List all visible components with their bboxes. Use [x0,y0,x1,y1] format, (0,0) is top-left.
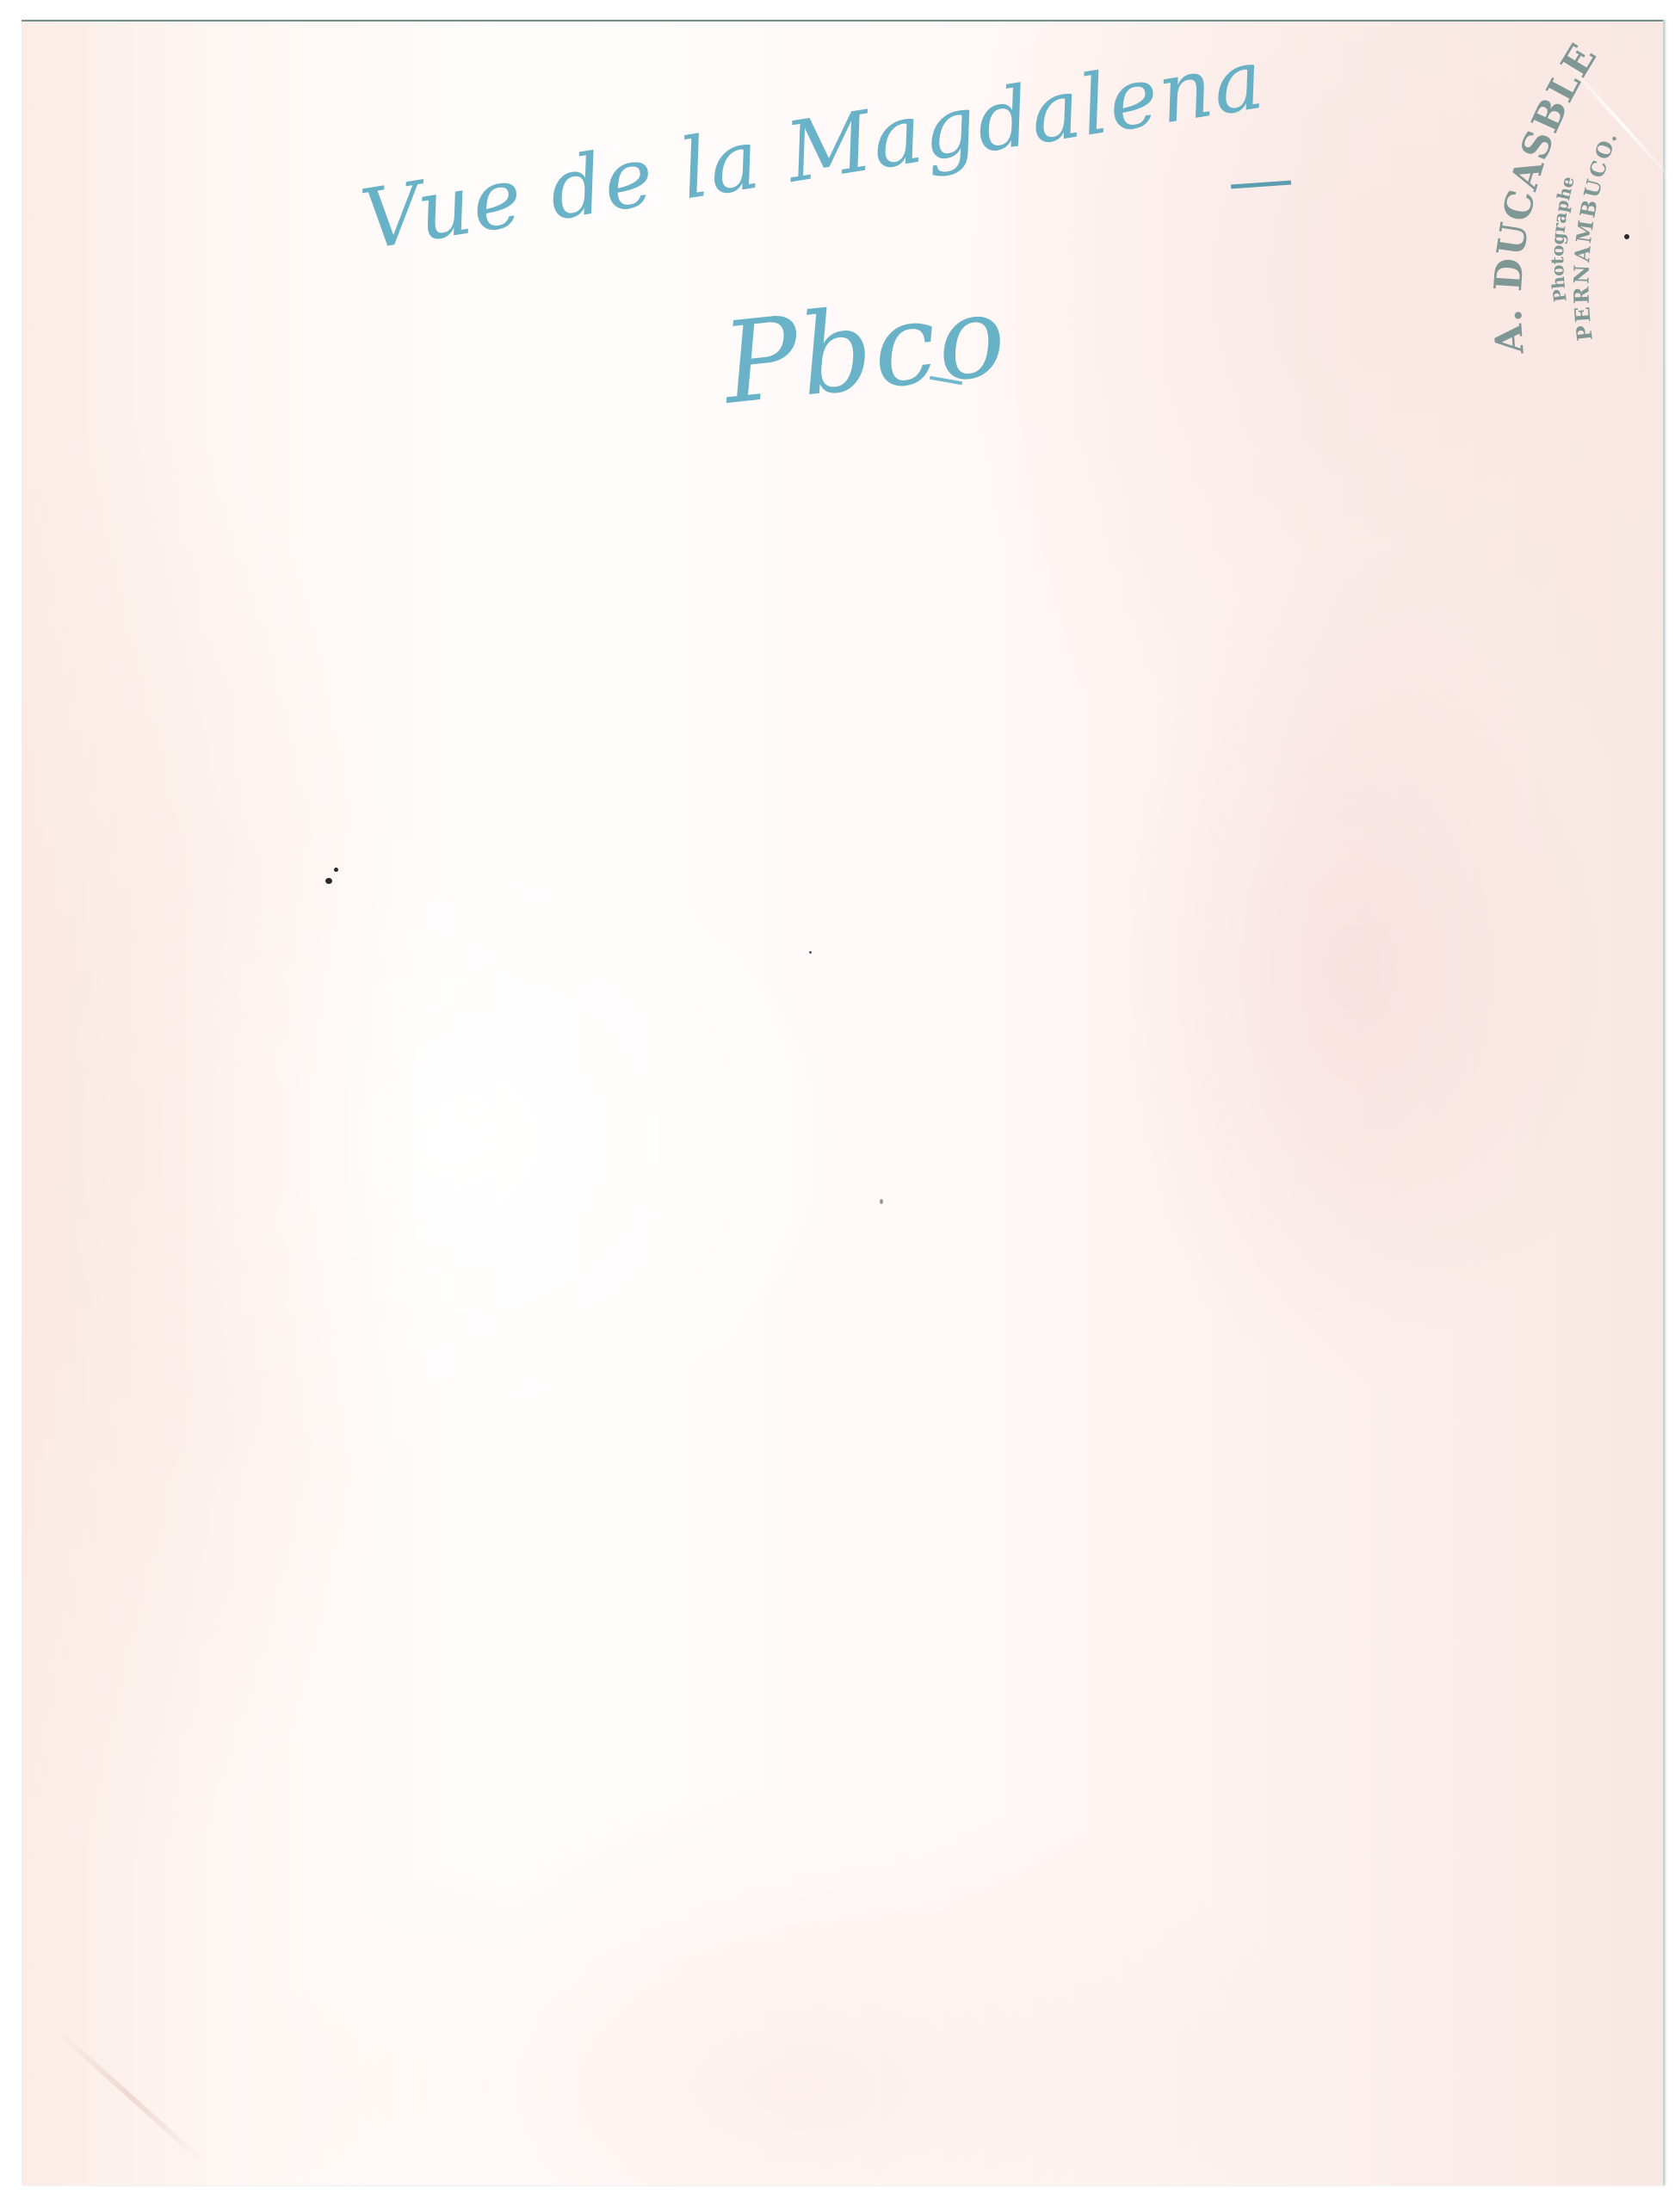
foxing-spot [1624,234,1629,239]
photographer-stamp: A. DUCASBLE Photographe PERNAMBUCO. [1463,17,1670,379]
corner-crease [54,2028,205,2164]
foxing-spot [325,878,332,884]
foxing-spot [809,951,812,954]
foxing-spot [334,868,338,872]
stamp-location: PERNAMBUCO. [1568,127,1622,343]
foxing-spot [880,1199,883,1204]
